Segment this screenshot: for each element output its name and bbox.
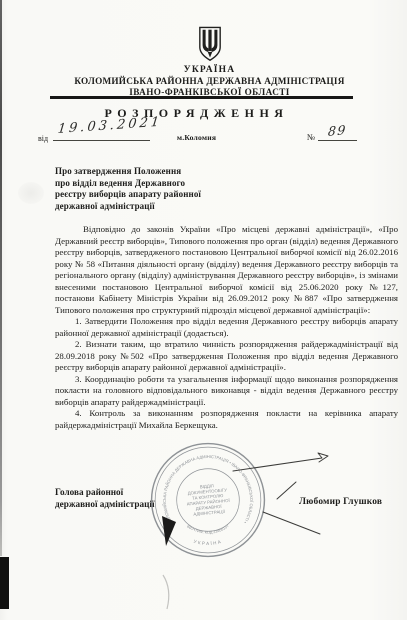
subject-line: про відділ ведення Державного [55, 178, 201, 190]
scan-smudge [18, 182, 44, 204]
signatory-position-line: державної адміністрації [55, 498, 155, 510]
ordered-item-2: 2. Визнати таким, що втратило чинність р… [55, 339, 398, 374]
number-field: 89 [318, 123, 357, 141]
document-type-title: РОЗПОРЯДЖЕННЯ [0, 106, 393, 121]
number-label: № [307, 132, 315, 142]
signatory-position: Голова районної державної адміністрації [55, 486, 155, 510]
subject-line: державної адміністрації [55, 201, 201, 213]
stamp-code-text: ІДЕНТИФ. КОД 23958157 [186, 523, 230, 535]
ordered-item-4: 4. Контроль за виконанням розпорядження … [55, 408, 398, 431]
intro-paragraph: Відповідно до законів України «Про місце… [55, 224, 398, 316]
ordered-item-3: 3. Координацію роботи та узагальнення ін… [55, 374, 398, 409]
subject-line: реєстру виборців апарату районної [55, 189, 201, 201]
scanned-document-page: УКРАЇНА КОЛОМИЙСЬКА РАЙОННА ДЕРЖАВНА АДМ… [0, 0, 407, 620]
document-body: Відповідно до законів України «Про місце… [55, 224, 398, 431]
signatory-position-line: Голова районної [55, 486, 155, 498]
document-subject: Про затвердження Положення про відділ ве… [55, 166, 201, 212]
scan-artifact-left-edge [0, 0, 2, 556]
trident-emblem-icon [196, 26, 224, 63]
ordered-item-1: 1. Затвердити Положення про відділ веден… [55, 316, 398, 339]
letterhead-divider [50, 96, 353, 99]
svg-text:УКРАЇНА: УКРАЇНА [193, 539, 223, 546]
letterhead: УКРАЇНА КОЛОМИЙСЬКА РАЙОННА ДЕРЖАВНА АДМ… [30, 26, 389, 97]
stamp-country-text: УКРАЇНА [193, 539, 223, 546]
document-meta-row: від 19.03.2021 м.Коломия № 89 [0, 126, 407, 148]
scan-artifact-bottom-left-block [0, 557, 9, 609]
organization-name-line1: КОЛОМИЙСЬКА РАЙОННА ДЕРЖАВНА АДМІНІСТРАЦ… [30, 76, 389, 87]
svg-text:ІДЕНТИФ. КОД 23958157: ІДЕНТИФ. КОД 23958157 [186, 523, 230, 535]
subject-line: Про затвердження Положення [55, 166, 201, 178]
handwritten-number: 89 [327, 122, 347, 139]
official-round-stamp: КОЛОМИЙСЬКА РАЙОННА ДЕРЖАВНА АДМІНІСТРАЦ… [149, 441, 267, 559]
signatory-name: Любомир Глушков [299, 497, 382, 507]
country-name: УКРАЇНА [30, 65, 389, 75]
